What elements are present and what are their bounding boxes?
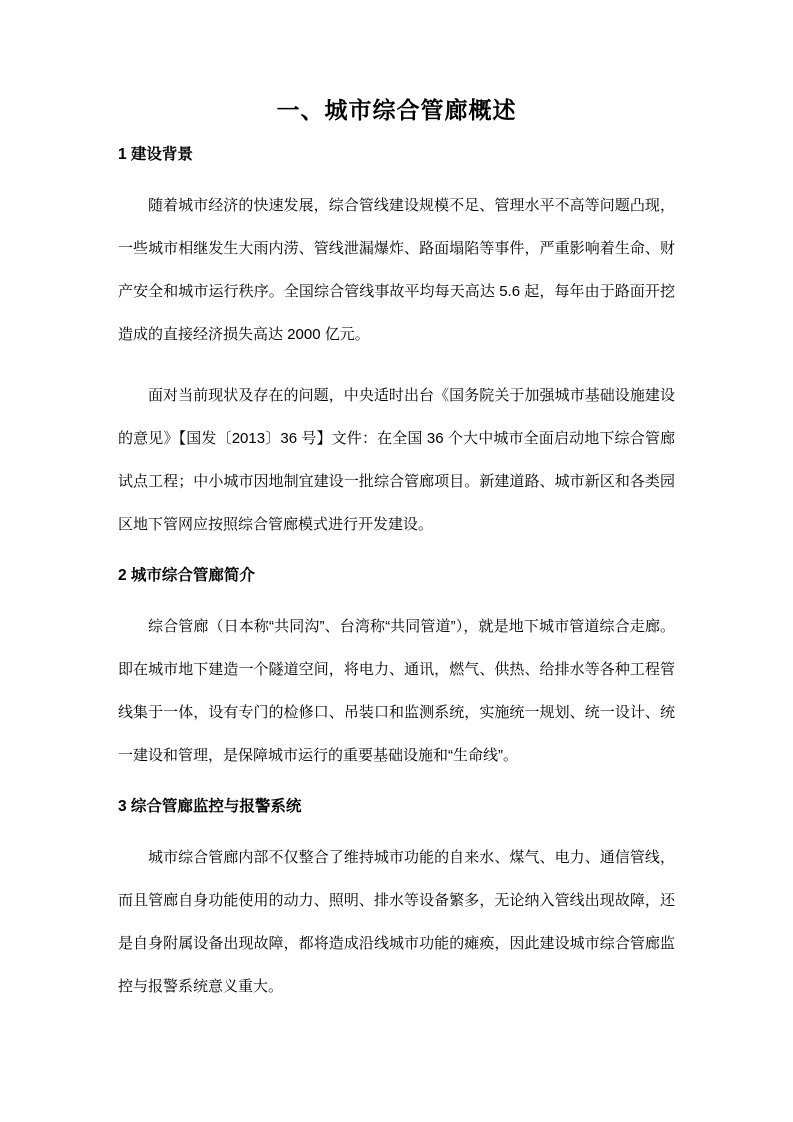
document-section: 1 建设背景随着城市经济的快速发展，综合管线建设规模不足、管理水平不高等问题凸现… — [118, 144, 675, 546]
section-heading: 2 城市综合管廊简介 — [118, 565, 675, 587]
paragraph: 面对当前现状及存在的问题，中央适时出台《国务院关于加强城市基础设施建设的意见》【… — [118, 374, 675, 546]
paragraph: 综合管廊（日本称“共同沟”、台湾称“共同管道”），就是地下城市管道综合走廊。即在… — [118, 605, 675, 777]
document-page: 一、城市综合管廊概述 1 建设背景随着城市经济的快速发展，综合管线建设规模不足、… — [0, 0, 793, 1122]
section-heading: 1 建设背景 — [118, 144, 675, 166]
paragraph: 随着城市经济的快速发展，综合管线建设规模不足、管理水平不高等问题凸现，一些城市相… — [118, 184, 675, 356]
document-section: 3 综合管廊监控与报警系统城市综合管廊内部不仅整合了维持城市功能的自来水、煤气、… — [118, 796, 675, 1008]
page-title: 一、城市综合管廊概述 — [118, 95, 675, 125]
paragraph: 城市综合管廊内部不仅整合了维持城市功能的自来水、煤气、电力、通信管线，而且管廊自… — [118, 836, 675, 1008]
document-section: 2 城市综合管廊简介综合管廊（日本称“共同沟”、台湾称“共同管道”），就是地下城… — [118, 565, 675, 777]
section-heading: 3 综合管廊监控与报警系统 — [118, 796, 675, 818]
document-body: 1 建设背景随着城市经济的快速发展，综合管线建设规模不足、管理水平不高等问题凸现… — [118, 144, 675, 1008]
